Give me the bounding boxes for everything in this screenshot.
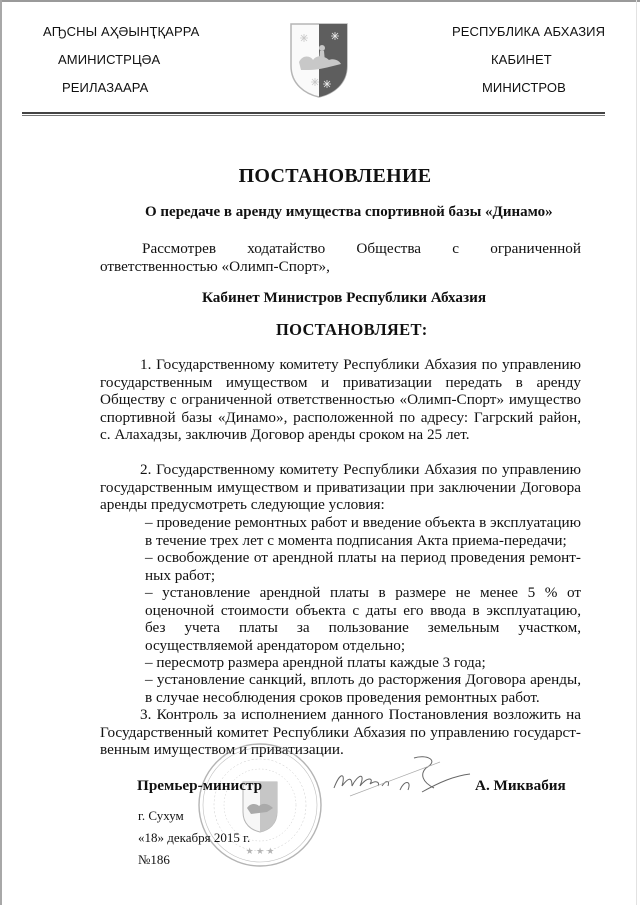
letterhead-abkhaz-line-1: АҦСНЫ АҲӘЫНҬҚАРРА [43,24,199,39]
handwritten-signature-icon [330,752,490,804]
coat-of-arms-icon [289,20,349,98]
letterhead-russian-line-2: КАБИНЕТ [491,52,552,67]
letterhead-russian-line-1: РЕСПУБЛИКА АБХАЗИЯ [452,24,605,39]
issue-date: «18» декабря 2015 г. [138,830,250,846]
condition-5: – установление санкций, вплоть до растор… [145,671,581,706]
scan-frame-top [0,0,640,2]
letterhead-abkhaz-line-2: АМИНИСТРЦӘА [58,52,160,67]
issuer-heading: Кабинет Министров Республики Абхазия [202,289,486,307]
scan-frame-left [0,0,2,905]
signatory-role: Премьер-министр [137,777,262,795]
document-subtitle: О передаче в аренду имущества спортивной… [145,204,553,221]
condition-3: – установление арендной платы в размере … [145,584,581,654]
document-title: ПОСТАНОВЛЕНИЕ [0,165,640,188]
clause-1: 1. Государственному комитету Республики … [100,356,581,444]
preamble-paragraph: Рассмотрев ходатайство Общества с ограни… [100,240,581,275]
official-seal-icon: ★ ★ ★ [197,742,323,868]
issue-city: г. Сухум [138,808,184,824]
scan-frame-right [636,0,637,905]
signatory-name: А. Миквабия [475,777,566,795]
clause-2: 2. Государственному комитету Республики … [100,461,581,514]
document-number: №186 [138,852,170,868]
svg-text:★ ★ ★: ★ ★ ★ [246,846,275,856]
clause-3: 3. Контроль за исполнением данного Поста… [100,706,581,759]
condition-2: – освобождение от арендной платы на пери… [145,549,581,584]
letterhead-divider [22,112,605,117]
condition-1: – проведение ремонтных работ и введение … [145,514,581,549]
letterhead-abkhaz-line-3: РЕИЛАЗААРА [62,80,148,95]
letterhead-russian-line-3: МИНИСТРОВ [482,80,566,95]
resolves-heading: ПОСТАНОВЛЯЕТ: [276,320,428,340]
condition-4: – пересмотр размера арендной платы кажды… [145,654,581,672]
